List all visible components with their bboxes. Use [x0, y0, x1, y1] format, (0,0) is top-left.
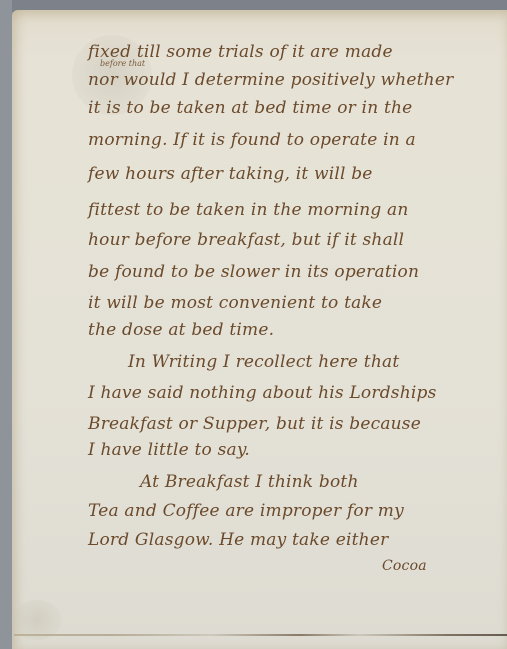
manuscript-line-14: I have little to say.: [88, 440, 250, 460]
page-edge-fold: [14, 634, 507, 636]
manuscript-line-12: I have said nothing about his Lordships: [88, 383, 437, 403]
manuscript-line-1: fixed till some trials of it are made: [88, 42, 393, 62]
manuscript-line-16: Tea and Coffee are improper for my: [88, 501, 404, 521]
manuscript-line-11: In Writing I recollect here that: [128, 352, 399, 372]
manuscript-line-3: it is to be taken at bed time or in the: [88, 98, 412, 118]
manuscript-line-4: morning. If it is found to operate in a: [88, 130, 416, 150]
manuscript-line-2: nor would I determine positively whether: [88, 70, 453, 90]
manuscript-line-15: At Breakfast I think both: [140, 472, 359, 492]
manuscript-line-8: be found to be slower in its operation: [88, 262, 419, 282]
manuscript-line-13: Breakfast or Supper, but it is because: [88, 414, 421, 434]
manuscript-line-17: Lord Glasgow. He may take either: [88, 530, 388, 550]
manuscript-line-5: few hours after taking, it will be: [88, 164, 373, 184]
manuscript-line-6: fittest to be taken in the morning an: [88, 200, 409, 220]
catchword: Cocoa: [382, 558, 427, 574]
manuscript-line-9: it will be most convenient to take: [88, 293, 382, 313]
manuscript-line-7: hour before breakfast, but if it shall: [88, 230, 404, 250]
manuscript-line-10: the dose at bed time.: [88, 320, 274, 340]
